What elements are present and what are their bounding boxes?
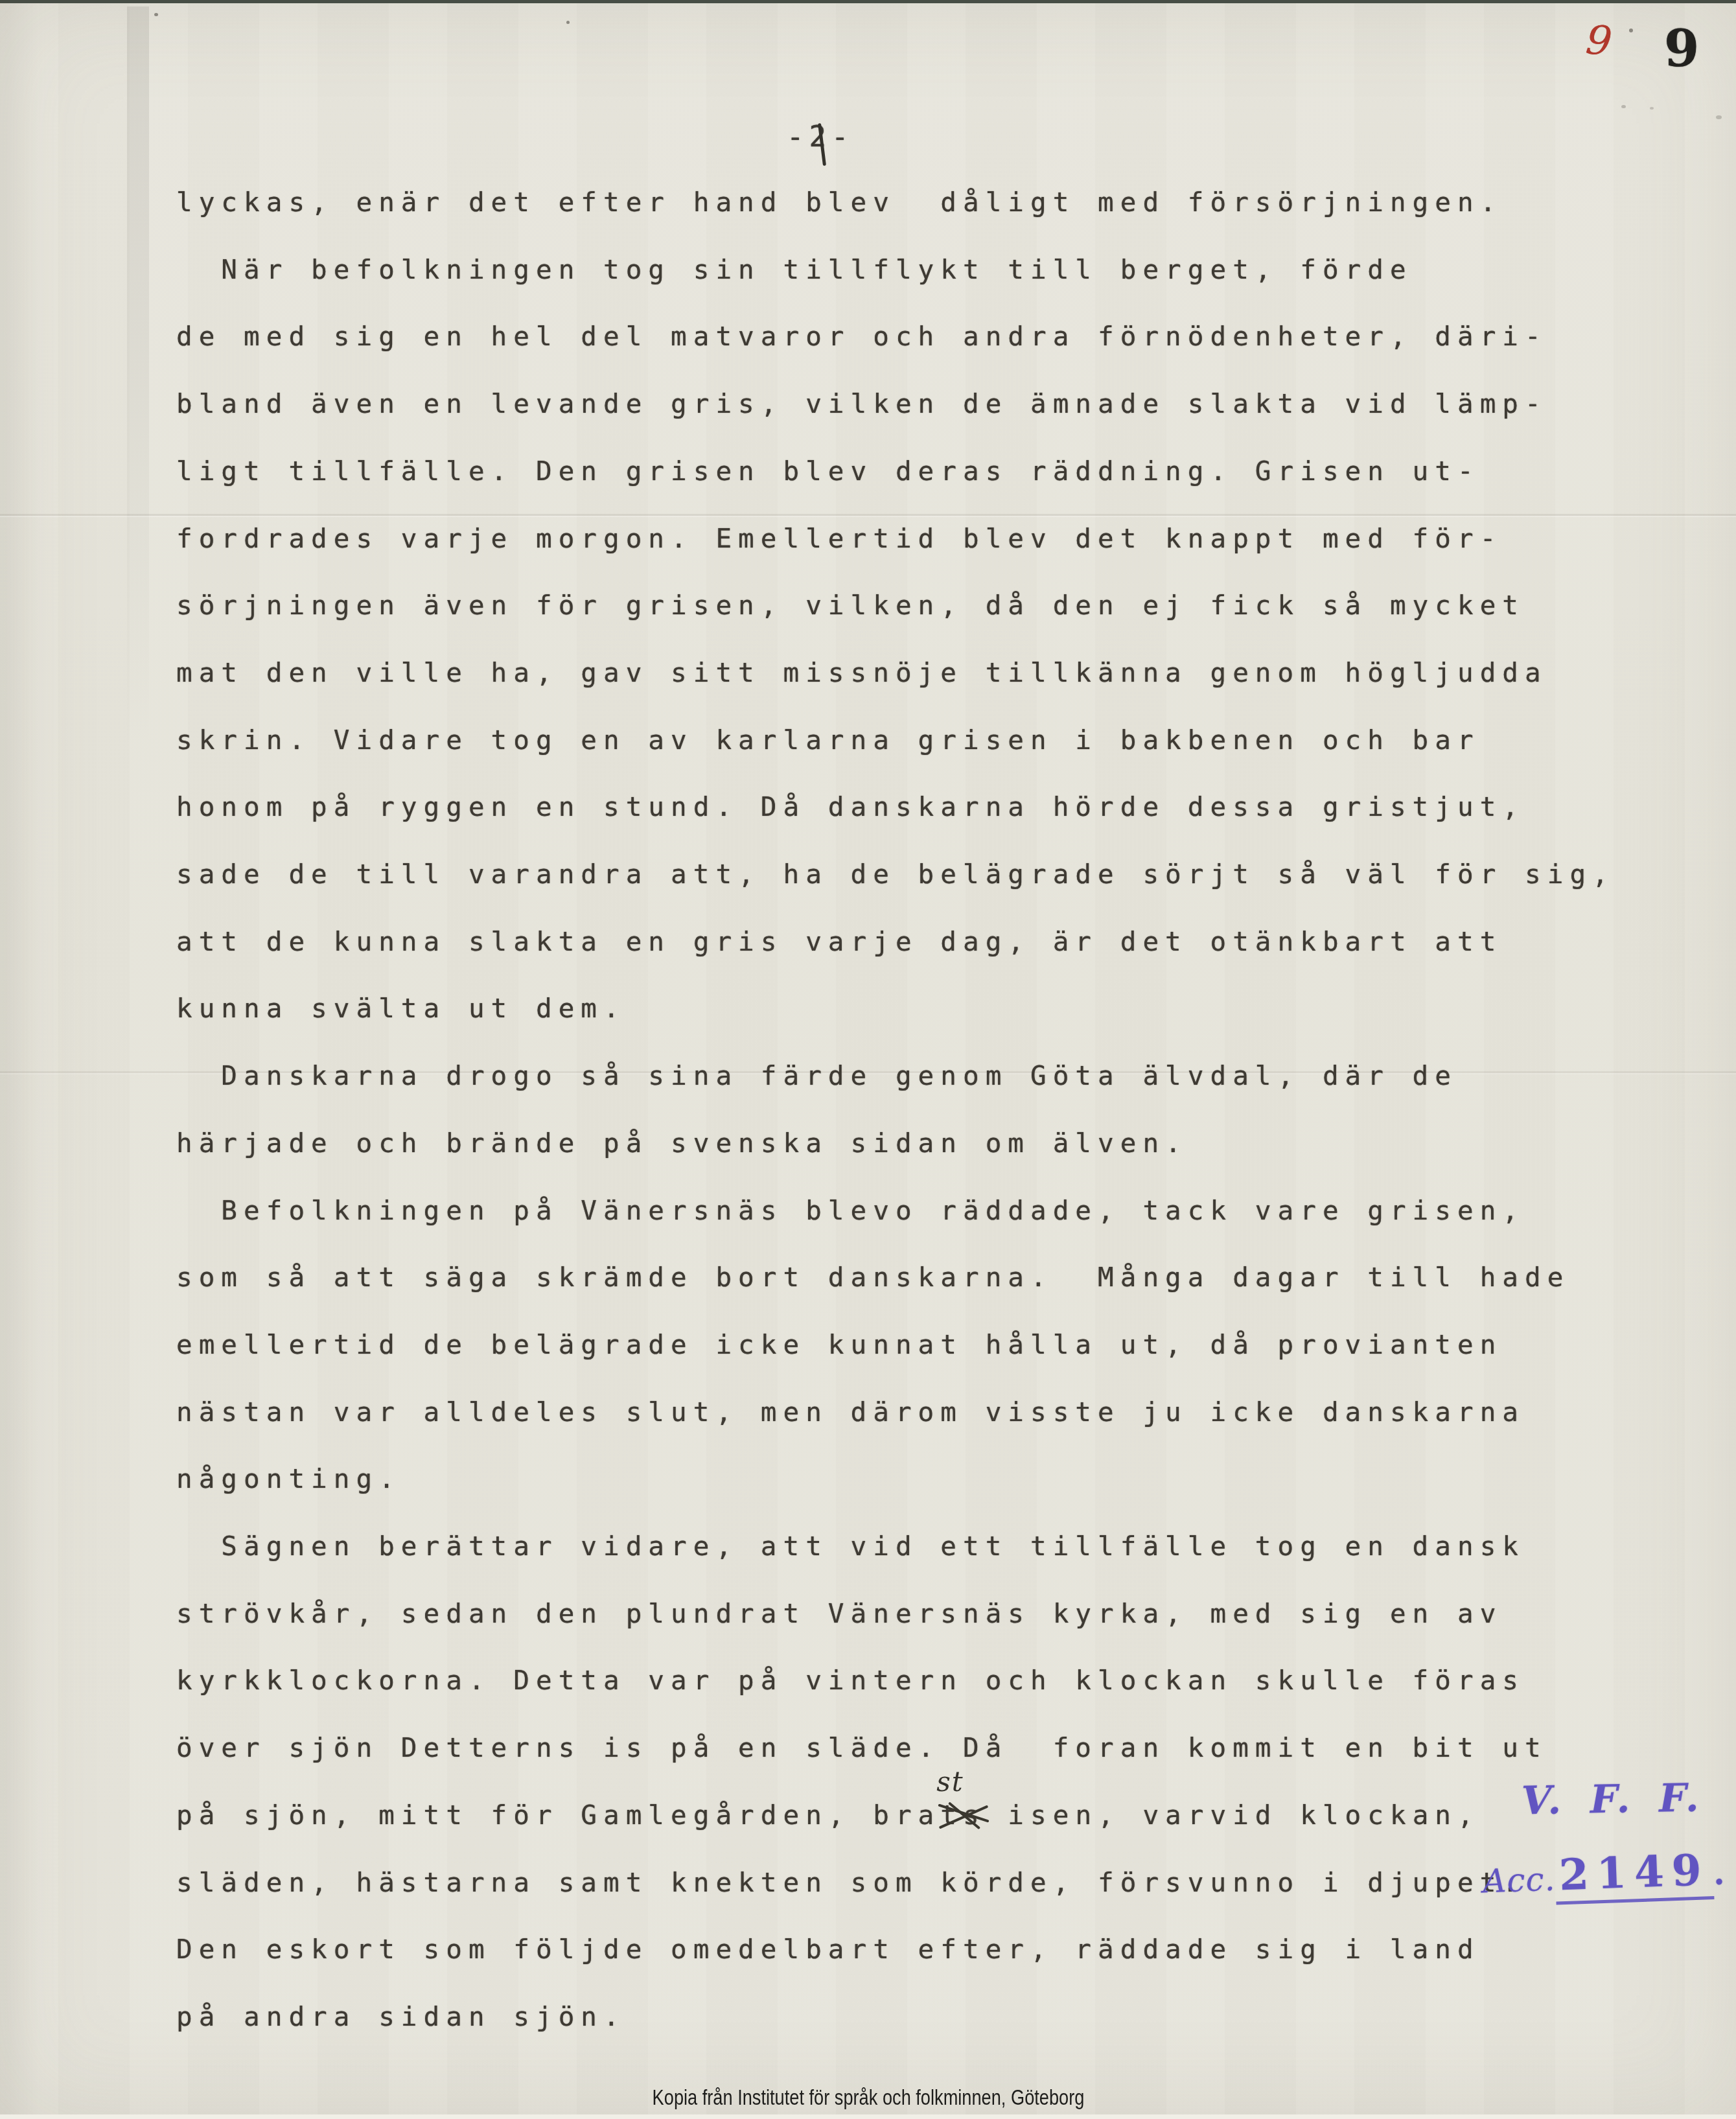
handwritten-red-page-number: 9 <box>1584 16 1614 65</box>
acc-handwritten-label: Acc. <box>1482 1860 1556 1901</box>
typed-line: som så att säga skrämde bort danskarna. … <box>176 1264 1569 1291</box>
typed-line: på andra sidan sjön. <box>176 2004 626 2030</box>
typed-line: När befolkningen tog sin tillflykt till … <box>176 257 1413 283</box>
typed-fragment: på sjön, mitt för Gamlegården, bra <box>176 1800 940 1831</box>
archive-footer: Kopia från Institutet för språk och folk… <box>652 2085 1084 2111</box>
typed-line: mat den ville ha, gav sitt missnöje till… <box>176 660 1547 686</box>
typewritten-text-block: lyckas, enär det efter hand blev dåligt … <box>176 189 1641 2088</box>
paper-speck <box>1629 29 1633 32</box>
paper-speck <box>1650 107 1654 110</box>
typed-line: kyrkklockorna. Detta var på vintern och … <box>176 1667 1525 1694</box>
vff-archive-stamp: V. F. F. <box>1521 1776 1702 1824</box>
typed-line: fordrades varje morgon. Emellertid blev … <box>176 526 1502 552</box>
typed-line: skrin. Vidare tog en av karlarna grisen … <box>176 727 1480 754</box>
typed-line: de med sig en hel del matvaror och andra… <box>176 323 1547 350</box>
accession-number-stamp: Acc.2149. <box>1482 1844 1726 1903</box>
typed-line: sade de till varandra att, ha de belägra… <box>176 861 1615 888</box>
paper-speck <box>1621 105 1626 108</box>
acc-period: . <box>1713 1854 1725 1893</box>
typed-line: strövkår, sedan den plundrat Vänersnäs k… <box>176 1601 1502 1627</box>
typed-line: Danskarna drogo så sina färde genom Göta… <box>176 1063 1457 1089</box>
paper-speck <box>566 21 570 24</box>
typed-line: honom på ryggen en stund. Då danskarna h… <box>176 794 1525 820</box>
typed-line: ligt tillfälle. Den grisen blev deras rä… <box>176 458 1480 485</box>
typed-line: härjade och brände på svenska sidan om ä… <box>176 1130 1188 1157</box>
typed-line: släden, hästarna samt knekten som körde,… <box>176 1870 1525 1896</box>
typed-fragment: isen, varvid klockan, <box>986 1800 1480 1831</box>
typed-line: Den eskort som följde omedelbart efter, … <box>176 1936 1480 1963</box>
typed-line: lyckas, enär det efter hand blev dåligt … <box>176 189 1502 216</box>
handwritten-correction: st <box>936 1768 964 1796</box>
typed-line: Sägnen berättar vidare, att vid ett till… <box>176 1533 1525 1560</box>
typed-line: emellertid de belägrade icke kunnat håll… <box>176 1332 1502 1358</box>
struck-out-text: tsst <box>940 1802 985 1829</box>
scan-top-edge <box>0 0 1736 3</box>
typed-line: nästan var alldeles slut, men därom viss… <box>176 1399 1525 1426</box>
typed-line: sörjningen även för grisen, vilken, då d… <box>176 592 1525 619</box>
paper-speck <box>154 13 158 16</box>
typed-line: att de kunna slakta en gris varje dag, ä… <box>176 929 1502 955</box>
typed-line: någonting. <box>176 1466 401 1492</box>
typed-line: Befolkningen på Vänersnäs blevo räddade,… <box>176 1198 1525 1224</box>
typed-line: bland även en levande gris, vilken de äm… <box>176 391 1547 417</box>
typed-line: kunna svälta ut dem. <box>176 995 626 1022</box>
document-page: 9 9 -2- lyckas, enär det efter hand blev… <box>0 0 1736 2119</box>
scan-shadow-band <box>127 6 149 752</box>
typed-line: på sjön, mitt för Gamlegården, bratsst i… <box>176 1802 1480 1829</box>
typed-line: över sjön Detterns is på en släde. Då fo… <box>176 1735 1547 1761</box>
acc-number: 2149 <box>1555 1844 1715 1905</box>
stamped-black-page-number: 9 <box>1664 19 1699 78</box>
paper-speck <box>1716 115 1722 119</box>
scan-bottom-edge <box>0 2114 1736 2119</box>
